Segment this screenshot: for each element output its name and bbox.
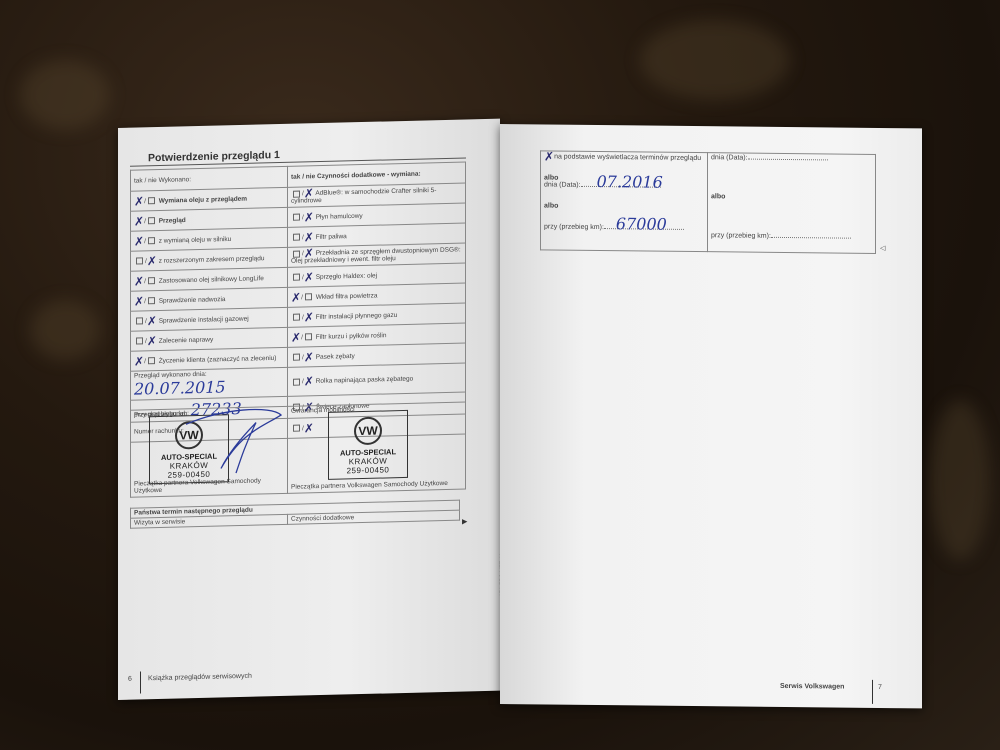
checkbox-icon <box>136 317 143 324</box>
check-mark-icon: ✗ <box>134 234 144 248</box>
due-mileage-handwritten: 67000 <box>616 214 667 234</box>
check-mark-icon: ✗ <box>147 314 157 328</box>
checkbox-icon <box>293 314 300 321</box>
checkbox-icon <box>293 190 300 197</box>
check-mark-icon: ✗ <box>291 290 301 304</box>
checkbox-icon <box>148 357 155 364</box>
check-mark-icon: ✗ <box>134 294 144 308</box>
check-mark-icon: ✗ <box>304 270 314 284</box>
checkbox-icon <box>305 333 312 340</box>
record-field: Przegląd wykonano dnia: 20.07.2015 <box>131 367 288 400</box>
signature-table: Przegląd wykonał: VW AUTO-SPECIAL KRAKÓW… <box>130 401 466 497</box>
table-stain <box>30 300 100 360</box>
checkbox-icon <box>136 337 143 344</box>
checkbox-icon <box>148 237 155 244</box>
footer-title-right: Serwis Volkswagen <box>780 683 844 691</box>
check-mark-icon: ✗ <box>291 330 301 344</box>
table-stain <box>20 60 110 130</box>
arrow-left-icon: ◁ <box>880 244 885 252</box>
checkbox-icon <box>136 257 143 264</box>
footer-divider <box>140 671 141 693</box>
left-page: Potwierdzenie przeglądu 1 tak / nie Wyko… <box>118 119 500 700</box>
check-mark-icon: ✗ <box>304 230 314 244</box>
checkbox-icon <box>148 217 155 224</box>
right-page: ✗na podstawie wyświetlacza terminów prze… <box>500 124 922 708</box>
check-mark-icon: ✗ <box>147 254 157 268</box>
next-service-due-table: ✗na podstawie wyświetlacza terminów prze… <box>540 150 876 254</box>
footer-title-left: Książka przeglądów serwisowych <box>148 673 252 683</box>
dealer-stamp: VW AUTO-SPECIAL KRAKÓW 259-00450 <box>328 410 408 480</box>
mobility-cell: Gwarancja mobilności VW AUTO-SPECIAL KRA… <box>288 402 466 493</box>
checkbox-icon <box>293 274 300 281</box>
check-mark-icon: ✗ <box>134 194 144 208</box>
arrow-right-icon: ▶ <box>462 517 467 525</box>
checkbox-icon <box>305 293 312 300</box>
due-date-handwritten: 07.2016 <box>597 172 663 192</box>
check-mark-icon: ✗ <box>304 350 314 364</box>
stamp-caption: Pieczątka partnera Volkswagen Samochody … <box>134 477 284 495</box>
check-mark-icon: ✗ <box>134 354 144 368</box>
checkbox-icon <box>293 250 300 257</box>
handwritten-date-value: 20.07.2015 <box>134 377 226 398</box>
checkbox-icon <box>293 214 300 221</box>
checkbox-icon <box>293 234 300 241</box>
check-mark-icon: ✗ <box>304 210 314 224</box>
checkbox-icon <box>293 378 300 385</box>
table-stain <box>640 20 790 100</box>
check-mark-icon: ✗ <box>134 214 144 228</box>
page-number-left: 6 <box>128 676 132 683</box>
due-right-cell: dnia (Data): albo przy (przebieg km): <box>708 153 876 254</box>
checkbox-icon <box>148 297 155 304</box>
check-mark-icon: ✗ <box>134 274 144 288</box>
checkbox-icon <box>148 197 155 204</box>
check-mark-icon: ✗ <box>544 149 554 163</box>
checkbox-icon <box>148 277 155 284</box>
additional-item: /✗ Rolka napinająca paska zębatego <box>288 363 466 396</box>
performed-by-cell: Przegląd wykonał: VW AUTO-SPECIAL KRAKÓW… <box>131 406 288 497</box>
next-service-table: Państwa termin następnego przeglądu Wizy… <box>130 500 460 529</box>
checkbox-icon <box>293 354 300 361</box>
stamp-caption: Pieczątka partnera Volkswagen Samochody … <box>291 480 462 491</box>
signature-icon <box>181 407 291 480</box>
page-number-right: 7 <box>878 684 882 691</box>
check-mark-icon: ✗ <box>304 310 314 324</box>
vw-logo-icon: VW <box>354 417 382 446</box>
check-mark-icon: ✗ <box>304 374 314 388</box>
due-left-cell: ✗na podstawie wyświetlacza terminów prze… <box>541 151 708 252</box>
table-stain <box>930 400 990 560</box>
check-mark-icon: ✗ <box>147 334 157 348</box>
service-checklist: tak / nie Wykonano: tak / nie Czynności … <box>130 161 466 442</box>
footer-divider <box>872 680 873 704</box>
